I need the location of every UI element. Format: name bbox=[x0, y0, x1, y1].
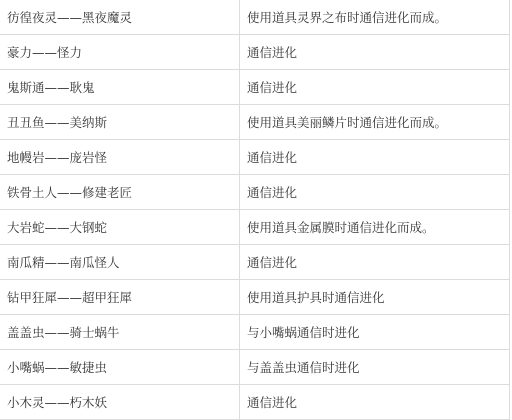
table-row: 鬼斯通——耿鬼 通信进化 bbox=[0, 70, 510, 105]
evolution-method-cell: 通信进化 bbox=[240, 140, 510, 175]
pokemon-pair-cell: 大岩蛇——大钢蛇 bbox=[0, 210, 240, 245]
table-row: 丑丑鱼——美纳斯 使用道具美丽鳞片时通信进化而成。 bbox=[0, 105, 510, 140]
pokemon-pair-cell: 盖盖虫——骑士蜗牛 bbox=[0, 315, 240, 350]
evolution-method-cell: 使用道具美丽鳞片时通信进化而成。 bbox=[240, 105, 510, 140]
evolution-method-cell: 通信进化 bbox=[240, 70, 510, 105]
table-row: 盖盖虫——骑士蜗牛 与小嘴蜗通信时进化 bbox=[0, 315, 510, 350]
table-row: 彷徨夜灵——黑夜魔灵 使用道具灵界之布时通信进化而成。 bbox=[0, 0, 510, 35]
table-row: 铁骨土人——修建老匠 通信进化 bbox=[0, 175, 510, 210]
pokemon-pair-cell: 地幔岩——庞岩怪 bbox=[0, 140, 240, 175]
pokemon-pair-cell: 钻甲狂犀——超甲狂犀 bbox=[0, 280, 240, 315]
evolution-table-container: 彷徨夜灵——黑夜魔灵 使用道具灵界之布时通信进化而成。 豪力——怪力 通信进化 … bbox=[0, 0, 510, 402]
pokemon-pair-cell: 彷徨夜灵——黑夜魔灵 bbox=[0, 0, 240, 35]
pokemon-pair-cell: 南瓜精——南瓜怪人 bbox=[0, 245, 240, 280]
pokemon-pair-cell: 鬼斯通——耿鬼 bbox=[0, 70, 240, 105]
table-row: 小嘴蜗——敏捷虫 与盖盖虫通信时进化 bbox=[0, 350, 510, 385]
evolution-method-cell: 使用道具金属膜时通信进化而成。 bbox=[240, 210, 510, 245]
pokemon-pair-cell: 小嘴蜗——敏捷虫 bbox=[0, 350, 240, 385]
table-row: 大岩蛇——大钢蛇 使用道具金属膜时通信进化而成。 bbox=[0, 210, 510, 245]
evolution-method-cell: 通信进化 bbox=[240, 35, 510, 70]
table-row: 地幔岩——庞岩怪 通信进化 bbox=[0, 140, 510, 175]
evolution-method-cell: 使用道具护具时通信进化 bbox=[240, 280, 510, 315]
evolution-method-cell: 通信进化 bbox=[240, 245, 510, 280]
evolution-method-cell: 通信进化 bbox=[240, 175, 510, 210]
evolution-method-cell: 与小嘴蜗通信时进化 bbox=[240, 315, 510, 350]
table-row: 小木灵——朽木妖 通信进化 bbox=[0, 385, 510, 403]
table-row: 豪力——怪力 通信进化 bbox=[0, 35, 510, 70]
pokemon-pair-cell: 小木灵——朽木妖 bbox=[0, 385, 240, 403]
evolution-method-cell: 通信进化 bbox=[240, 385, 510, 403]
pokemon-pair-cell: 豪力——怪力 bbox=[0, 35, 240, 70]
pokemon-pair-cell: 铁骨土人——修建老匠 bbox=[0, 175, 240, 210]
table-row: 钻甲狂犀——超甲狂犀 使用道具护具时通信进化 bbox=[0, 280, 510, 315]
table-row: 南瓜精——南瓜怪人 通信进化 bbox=[0, 245, 510, 280]
evolution-method-cell: 与盖盖虫通信时进化 bbox=[240, 350, 510, 385]
pokemon-pair-cell: 丑丑鱼——美纳斯 bbox=[0, 105, 240, 140]
evolution-table: 彷徨夜灵——黑夜魔灵 使用道具灵界之布时通信进化而成。 豪力——怪力 通信进化 … bbox=[0, 0, 510, 402]
evolution-method-cell: 使用道具灵界之布时通信进化而成。 bbox=[240, 0, 510, 35]
